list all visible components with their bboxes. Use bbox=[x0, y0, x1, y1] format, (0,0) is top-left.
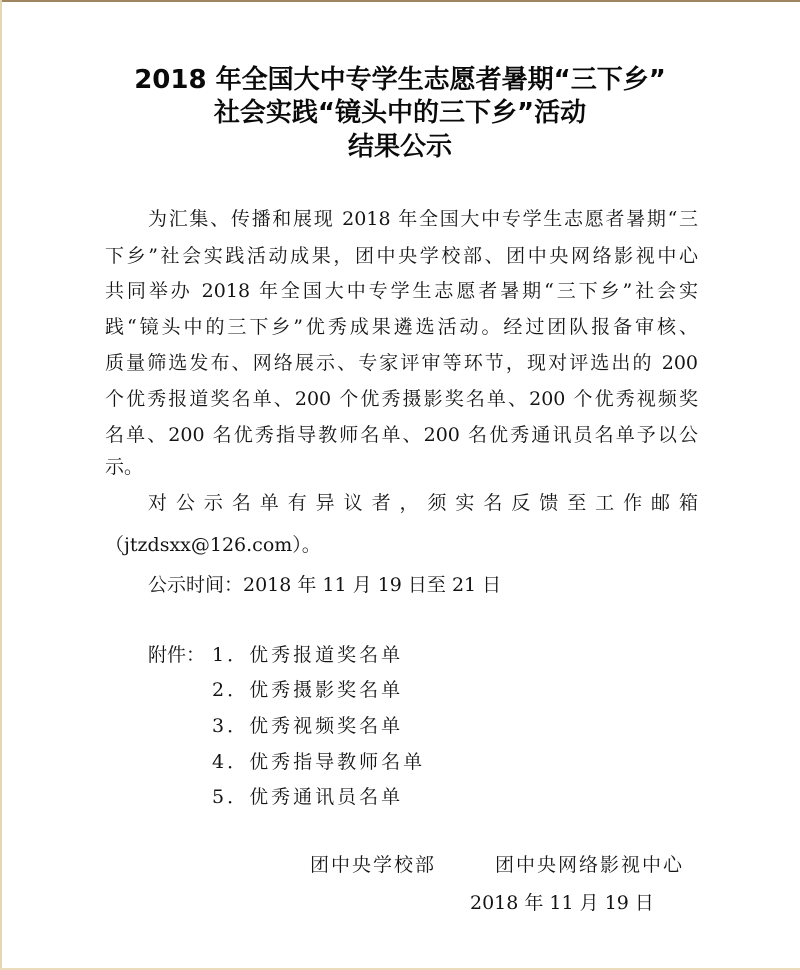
feedback-email: （jtzdsxx@126.com）。 bbox=[105, 532, 321, 558]
signature-org-1: 团中央学校部 bbox=[310, 852, 436, 878]
body-line-2: 下乡”社会实践活动成果，团中央学校部、团中央网络影视中心 bbox=[105, 243, 698, 269]
page-border-top bbox=[0, 0, 800, 2]
attachment-item-5: 5．优秀通讯员名单 bbox=[212, 784, 403, 810]
signature-org-2: 团中央网络影视中心 bbox=[495, 852, 684, 878]
body-line-8: 示。 bbox=[105, 454, 143, 480]
signature-date: 2018 年 11 月 19 日 bbox=[470, 890, 654, 916]
body-line-4: 践“镜头中的三下乡”优秀成果遴选活动。经过团队报备审核、 bbox=[105, 314, 698, 340]
attachments-label: 附件： bbox=[148, 642, 205, 668]
publicity-period: 公示时间：2018 年 11 月 19 日至 21 日 bbox=[148, 572, 501, 598]
objection-line-1: 对公示名单有异议者，须实名反馈至工作邮箱 bbox=[148, 490, 698, 516]
body-line-1: 为汇集、传播和展现 2018 年全国大中专学生志愿者暑期“三 bbox=[148, 206, 698, 232]
attachment-item-2: 2．优秀摄影奖名单 bbox=[212, 677, 403, 703]
attachment-item-3: 3．优秀视频奖名单 bbox=[212, 713, 403, 739]
title-line-1: 2018 年全国大中专学生志愿者暑期“三下乡” bbox=[0, 65, 800, 95]
body-line-3: 共同举办 2018 年全国大中专学生志愿者暑期“三下乡”社会实 bbox=[105, 278, 698, 304]
attachment-item-1: 1．优秀报道奖名单 bbox=[212, 642, 403, 668]
body-line-5: 质量筛选发布、网络展示、专家评审等环节，现对评选出的 200 bbox=[105, 350, 698, 376]
body-line-6: 个优秀报道奖名单、200 个优秀摄影奖名单、200 个优秀视频奖 bbox=[105, 386, 698, 412]
title-line-3: 结果公示 bbox=[0, 132, 800, 162]
title-line-2: 社会实践“镜头中的三下乡”活动 bbox=[0, 98, 800, 128]
attachment-item-4: 4．优秀指导教师名单 bbox=[212, 749, 425, 775]
body-line-7: 名单、200 名优秀指导教师名单、200 名优秀通讯员名单予以公 bbox=[105, 422, 698, 448]
